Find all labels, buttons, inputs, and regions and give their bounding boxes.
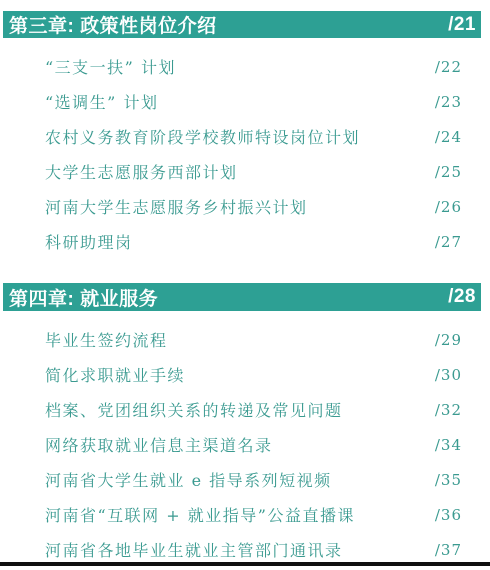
toc-entry-page-number: /34 xyxy=(435,436,462,454)
toc-entry-title: “三支一扶” 计划 xyxy=(45,55,176,78)
toc-entry-rural-teacher-plan[interactable]: 农村义务教育阶段学校教师特设岗位计划 /24 xyxy=(0,119,490,154)
toc-entry-online-job-info-channels[interactable]: 网络获取就业信息主渠道名录 /34 xyxy=(0,427,490,462)
chapter-4-header-bar: 第四章: 就业服务 /28 xyxy=(3,283,481,311)
toc-entry-page-number: /24 xyxy=(435,128,462,146)
toc-entry-page-number: /35 xyxy=(435,471,462,489)
toc-entry-western-volunteer-plan[interactable]: 大学生志愿服务西部计划 /25 xyxy=(0,154,490,189)
toc-entry-page-number: /27 xyxy=(435,233,462,251)
toc-entry-title: 大学生志愿服务西部计划 xyxy=(45,160,238,183)
toc-entry-signing-process[interactable]: 毕业生签约流程 /29 xyxy=(0,322,490,357)
toc-entry-title: 毕业生签约流程 xyxy=(45,328,168,351)
chapter-4-title: 第四章: 就业服务 xyxy=(9,284,158,311)
chapter-3-header-bar: 第三章: 政策性岗位介绍 /21 xyxy=(3,11,481,38)
toc-entry-research-assistant[interactable]: 科研助理岗 /27 xyxy=(0,224,490,259)
toc-page: 第三章: 政策性岗位介绍 /21 “三支一扶” 计划 /22 “选调生” 计划 … xyxy=(0,0,490,570)
toc-entry-title: “选调生” 计划 xyxy=(45,90,158,113)
toc-entry-title: 河南大学生志愿服务乡村振兴计划 xyxy=(45,195,308,218)
chapter-3-toc-list: “三支一扶” 计划 /22 “选调生” 计划 /23 农村义务教育阶段学校教师特… xyxy=(0,49,490,259)
toc-entry-xuandiaosheng[interactable]: “选调生” 计划 /23 xyxy=(0,84,490,119)
toc-entry-page-number: /23 xyxy=(435,93,462,111)
toc-entry-page-number: /22 xyxy=(435,58,462,76)
toc-entry-page-number: /36 xyxy=(435,506,462,524)
toc-entry-title: 档案、党团组织关系的转递及常见问题 xyxy=(45,398,343,421)
toc-entry-page-number: /30 xyxy=(435,366,462,384)
toc-entry-title: 农村义务教育阶段学校教师特设岗位计划 xyxy=(45,125,360,148)
chapter-4-toc-list: 毕业生签约流程 /29 简化求职就业手续 /30 档案、党团组织关系的转递及常见… xyxy=(0,322,490,567)
chapter-4-page-number: /28 xyxy=(448,286,476,308)
toc-entry-archives-transfer[interactable]: 档案、党团组织关系的转递及常见问题 /32 xyxy=(0,392,490,427)
toc-entry-page-number: /32 xyxy=(435,401,462,419)
bottom-divider xyxy=(0,562,490,566)
toc-entry-page-number: /26 xyxy=(435,198,462,216)
toc-entry-internet-guidance-livestream[interactable]: 河南省“互联网 + 就业指导”公益直播课 /36 xyxy=(0,497,490,532)
toc-entry-page-number: /29 xyxy=(435,331,462,349)
toc-entry-e-guidance-videos[interactable]: 河南省大学生就业 e 指导系列短视频 /35 xyxy=(0,462,490,497)
chapter-3-title: 第三章: 政策性岗位介绍 xyxy=(9,11,217,38)
toc-entry-page-number: /37 xyxy=(435,541,462,559)
toc-entry-title: 河南省各地毕业生就业主管部门通讯录 xyxy=(45,538,343,561)
chapter-3-page-number: /21 xyxy=(448,14,476,36)
toc-entry-title: 简化求职就业手续 xyxy=(45,363,185,386)
toc-entry-title: 河南省“互联网 + 就业指导”公益直播课 xyxy=(45,503,355,526)
toc-entry-sanzhiyifu[interactable]: “三支一扶” 计划 /22 xyxy=(0,49,490,84)
toc-entry-simplified-procedures[interactable]: 简化求职就业手续 /30 xyxy=(0,357,490,392)
toc-entry-title: 河南省大学生就业 e 指导系列短视频 xyxy=(45,468,332,491)
toc-entry-title: 科研助理岗 xyxy=(45,230,133,253)
toc-entry-page-number: /25 xyxy=(435,163,462,181)
toc-entry-rural-revitalization-plan[interactable]: 河南大学生志愿服务乡村振兴计划 /26 xyxy=(0,189,490,224)
toc-entry-title: 网络获取就业信息主渠道名录 xyxy=(45,433,273,456)
